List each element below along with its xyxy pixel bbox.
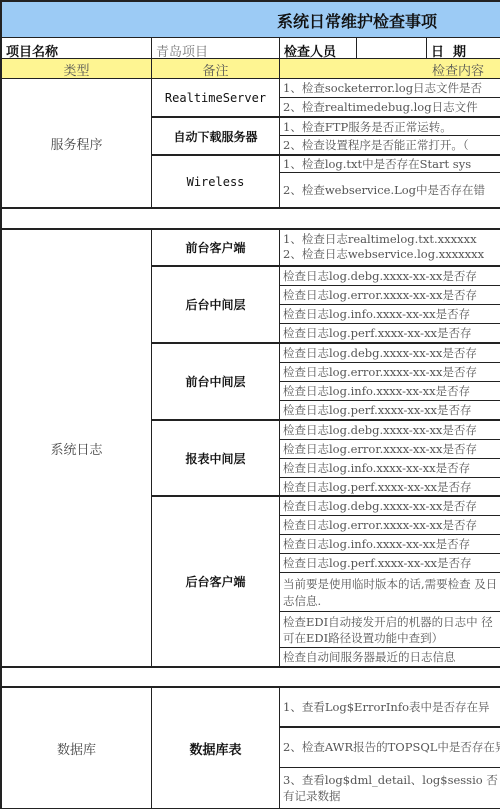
check-item: 2、检查AWR报告的TOPSQL中是否存在异 xyxy=(280,728,500,768)
check-item: 检查日志log.info.xxxx-xx-xx是否存 xyxy=(280,305,500,324)
check-item: 1、检查log.txt中是否存在Start sys xyxy=(280,156,500,173)
check-item: 检查日志log.error.xxxx-xx-xx是否存 xyxy=(280,440,500,459)
section-system-logs: 系统日志 xyxy=(0,230,152,668)
check-item: 1、查看Log$ErrorInfo表中是否存在异 xyxy=(280,688,500,728)
spacer-row xyxy=(0,668,500,688)
group-backend-middleware: 后台中间层 xyxy=(152,267,280,344)
check-item: 检查日志log.perf.xxxx-xx-xx是否存 xyxy=(280,478,500,497)
date-label: 日 期 xyxy=(427,38,500,59)
group-backend-client: 后台客户端 xyxy=(152,497,280,668)
check-item: 当前要是使用临时版本的话,需要检查 及日志信息. xyxy=(280,573,500,612)
check-item: 检查日志log.error.xxxx-xx-xx是否存 xyxy=(280,286,500,305)
section-service-programs: 服务程序 xyxy=(0,79,152,209)
check-item: 检查日志log.debg.xxxx-xx-xx是否存 xyxy=(280,421,500,440)
group-realtimeserver: RealtimeServer xyxy=(152,79,280,118)
inspector-value[interactable] xyxy=(357,38,427,59)
check-item: 检查日志log.error.xxxx-xx-xx是否存 xyxy=(280,516,500,535)
check-item: 2、检查设置程序是否能正常打开。（ xyxy=(280,136,500,156)
group-frontend-middleware: 前台中间层 xyxy=(152,344,280,421)
check-item-cell: 1、检查日志realtimelog.txt.xxxxxx 2、检查日志webse… xyxy=(280,230,500,267)
column-header-type: 类型 xyxy=(0,59,152,79)
check-item: 检查自动间服务器最近的日志信息 xyxy=(280,648,500,668)
check-item: 1、检查日志realtimelog.txt.xxxxxx xyxy=(280,230,500,247)
page-title: 系统日常维护检查事项 xyxy=(277,9,437,32)
group-frontend-client: 前台客户端 xyxy=(152,230,280,267)
section-database: 数据库 xyxy=(0,688,152,809)
check-item: 检查日志log.debg.xxxx-xx-xx是否存 xyxy=(280,344,500,363)
check-item: 检查日志log.perf.xxxx-xx-xx是否存 xyxy=(280,324,500,344)
check-item: 检查日志log.debg.xxxx-xx-xx是否存 xyxy=(280,267,500,286)
check-item: 检查日志log.error.xxxx-xx-xx是否存 xyxy=(280,363,500,382)
check-item: 检查日志log.perf.xxxx-xx-xx是否存 xyxy=(280,554,500,573)
check-item: 2、检查realtimedebug.log日志文件 xyxy=(280,98,500,118)
check-item: 检查日志log.debg.xxxx-xx-xx是否存 xyxy=(280,497,500,516)
column-header-content: 检查内容 xyxy=(280,59,500,79)
check-item: 检查日志log.perf.xxxx-xx-xx是否存 xyxy=(280,401,500,421)
check-item: 2、检查webservice.Log中是否存在错 xyxy=(280,173,500,209)
group-wireless: Wireless xyxy=(152,156,280,209)
group-report-middleware: 报表中间层 xyxy=(152,421,280,497)
spacer-row xyxy=(0,209,500,230)
check-item: 1、检查socketerror.log日志文件是否 xyxy=(280,79,500,98)
group-database-tables: 数据库表 xyxy=(152,688,280,809)
column-header-note: 备注 xyxy=(152,59,280,79)
inspector-label: 检查人员 xyxy=(280,38,357,59)
check-item: 2、检查日志webservice.log.xxxxxxx xyxy=(280,247,500,262)
check-item: 检查日志log.info.xxxx-xx-xx是否存 xyxy=(280,382,500,401)
check-item: 1、检查FTP服务是否正常运转。 xyxy=(280,118,500,136)
check-item: 检查日志log.info.xxxx-xx-xx是否存 xyxy=(280,535,500,554)
project-name-label: 项目名称 xyxy=(0,38,152,59)
check-item: 检查日志log.info.xxxx-xx-xx是否存 xyxy=(280,459,500,478)
group-auto-download-server: 自动下载服务器 xyxy=(152,118,280,156)
project-name-value[interactable]: 青岛项目 xyxy=(152,38,280,59)
check-item: 3、查看log$dml_detail、log$sessio 否有记录数据 xyxy=(280,768,500,809)
check-item: 检查EDI自动接发开启的机器的日志中 径可在EDI路径设置功能中查到） xyxy=(280,612,500,648)
